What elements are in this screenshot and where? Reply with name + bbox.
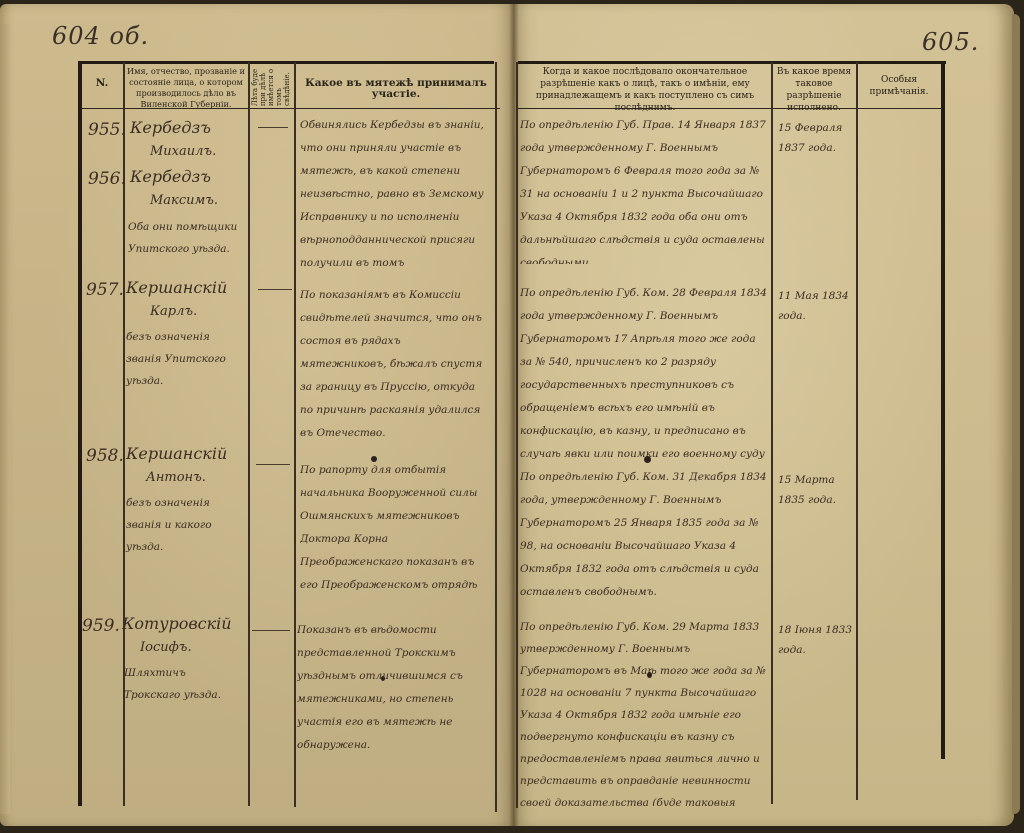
entry-participation: По рапорту для отбытія начальника Вооруж… — [300, 459, 490, 599]
open-ledger-book: 604 об. N. Имя, отчество, прозваніе и со… — [0, 0, 1024, 833]
table-left-border — [78, 61, 82, 806]
entry-number: 955. — [88, 120, 126, 140]
entry-number: 959. — [82, 616, 120, 636]
entry-given-name: Михаилъ. — [150, 144, 216, 159]
col-divider-name — [248, 62, 250, 806]
years-dash — [252, 630, 290, 631]
entry-executed-date: 15 Марта 1835 года. — [778, 470, 854, 510]
page-stack-edge — [0, 24, 10, 814]
header-top-rule — [518, 61, 946, 64]
header-executed: Въ какое время таковое разрѣшеніе исполн… — [773, 66, 855, 114]
entry-surname: Кербедзъ — [130, 118, 211, 137]
header-resolution: Когда и какое послѣдовало окончательное … — [520, 66, 770, 114]
book-spine-gutter — [509, 4, 519, 826]
entry-participation: По показаніямъ въ Комиссіи свидѣтелей зн… — [300, 284, 490, 444]
entry-resolution: По опредѣленію Губ. Прав. 14 Января 1837… — [520, 114, 768, 264]
entry-given-name: Карлъ. — [150, 304, 197, 319]
years-dash — [258, 289, 292, 290]
entry-executed-date: 11 Мая 1834 года. — [778, 286, 854, 326]
entry-state: Шляхтичъ Трокскаго уѣзда. — [124, 662, 242, 706]
entry-given-name: Антонъ. — [146, 470, 206, 485]
ink-blot — [644, 456, 651, 463]
entry-resolution: По опредѣленію Губ. Ком. 31 Декабря 1834… — [520, 466, 768, 606]
entry-participation: Обвинялись Кербедзы въ знаніи, что они п… — [300, 114, 490, 274]
col-divider-executed — [856, 62, 858, 800]
entry-given-name: Максимъ. — [150, 193, 218, 208]
years-dash — [258, 127, 288, 128]
header-notes: Особыя примѣчанія. — [859, 74, 939, 98]
entry-number: 956. — [88, 169, 126, 189]
ink-blot — [647, 672, 652, 678]
entry-number: 957. — [86, 280, 124, 300]
entry-state: безъ означенія званія Упитского уѣзда. — [126, 326, 244, 392]
entry-executed-date: 18 Іюня 1833 года. — [778, 620, 854, 660]
entry-surname: Кербедзъ — [130, 167, 211, 186]
header-name: Имя, отчество, прозваніе и состояніе лиц… — [126, 66, 246, 110]
header-participation: Какое въ мятежѣ принималъ участіе. — [298, 78, 494, 100]
header-years: Лѣта буде при дѣлѣ имѣется о томъ свѣдѣн… — [251, 66, 291, 106]
table-right-border — [941, 61, 945, 759]
entry-executed-date: 15 Февраля 1837 года. — [778, 118, 854, 158]
left-page: 604 об. N. Имя, отчество, прозваніе и со… — [0, 4, 514, 826]
entry-surname: Кершанскій — [126, 278, 227, 297]
col-divider-resolution — [771, 62, 773, 804]
folio-number: 604 об. — [52, 22, 149, 50]
entry-resolution: По опредѣленію Губ. Ком. 29 Марта 1833 у… — [520, 616, 768, 806]
entry-given-name: Іосифъ. — [140, 640, 192, 655]
entry-number: 958. — [86, 446, 124, 466]
header-number: N. — [82, 78, 122, 89]
entry-participation: Показанъ въ вѣдомости представленной Тро… — [297, 619, 489, 759]
table-right-border — [495, 62, 497, 812]
right-page: 605. Когда и какое послѣдовало окончател… — [514, 4, 1014, 826]
entry-resolution: По опредѣленію Губ. Ком. 28 Февраля 1834… — [520, 282, 768, 462]
folio-number: 605. — [922, 28, 979, 56]
col-divider-years — [294, 62, 296, 807]
entry-state: безъ означенія званія и какого уѣзда. — [126, 492, 244, 558]
entry-surname: Котуровскій — [122, 614, 232, 633]
page-stack-edge — [1012, 14, 1020, 814]
entry-state: Оба они помѣщики Упитского уѣзда. — [128, 216, 243, 260]
years-dash — [256, 464, 290, 465]
entry-surname: Кершанскій — [126, 444, 227, 463]
header-top-rule — [82, 61, 494, 64]
